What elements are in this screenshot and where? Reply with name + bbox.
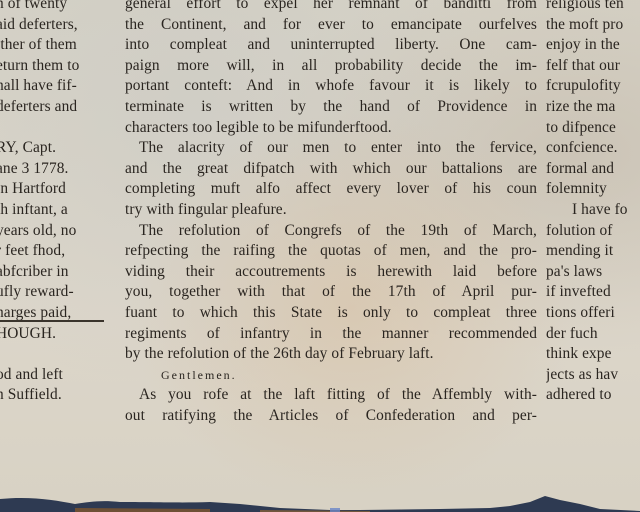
salutation: Gentlemen. bbox=[125, 365, 537, 386]
text-line: refpecting the raifing the quotas of men… bbox=[125, 241, 537, 262]
text-line: general effort to expel her remnant of b… bbox=[125, 0, 537, 15]
text-line: and the great difpatch with which our ba… bbox=[125, 159, 537, 180]
text-line: folemnity bbox=[546, 179, 640, 200]
text-line: to difpence bbox=[546, 118, 640, 139]
text-line: viding their accoutrements is herewith l… bbox=[125, 262, 537, 283]
left-column: n of twenty aid deferters, ither of them… bbox=[0, 0, 100, 406]
text-line: adhered to bbox=[546, 385, 640, 406]
text-line: paign more will, in all probability deci… bbox=[125, 56, 537, 77]
text-line: deferters and bbox=[0, 97, 100, 118]
text-line: characters too legible to be mifunderfto… bbox=[125, 118, 537, 139]
text-line: formal and bbox=[546, 159, 640, 180]
text-line bbox=[0, 118, 100, 139]
paragraph-4: As you rofe at the laft fitting of the A… bbox=[125, 385, 537, 426]
text-line: od and left bbox=[0, 365, 100, 386]
text-line: der fuch bbox=[546, 324, 640, 345]
torn-paper-edge bbox=[0, 490, 640, 512]
paragraph-3: The refolution of Congrefs of the 19th o… bbox=[125, 221, 537, 365]
text-line: out ratifying the Articles of Confederat… bbox=[125, 406, 537, 427]
text-line: ufly reward- bbox=[0, 282, 100, 303]
text-line: years old, no bbox=[0, 221, 100, 242]
text-line: terminate is written by the hand of Prov… bbox=[125, 97, 537, 118]
text-line: regiments of infantry in the manner reco… bbox=[125, 324, 537, 345]
text-line: by the refolution of the 26th day of Feb… bbox=[125, 344, 537, 365]
paragraph-2: The alacrity of our men to enter into th… bbox=[125, 138, 537, 220]
text-line: The refolution of Congrefs of the 19th o… bbox=[125, 221, 537, 242]
text-line: pa's laws bbox=[546, 262, 640, 283]
text-line: n Suffield. bbox=[0, 385, 100, 406]
text-line: enjoy in the bbox=[546, 35, 640, 56]
text-line: ane 3 1778. bbox=[0, 159, 100, 180]
text-line: portant conteft: And in whofe favour it … bbox=[125, 76, 537, 97]
text-line: n of twenty bbox=[0, 0, 100, 15]
newspaper-page: n of twenty aid deferters, ither of them… bbox=[0, 0, 640, 512]
text-line bbox=[0, 344, 100, 365]
main-article: general effort to expel her remnant of b… bbox=[125, 0, 537, 426]
text-line: you, together with that of the 17th of A… bbox=[125, 282, 537, 303]
text-line: completing muft alfo affect every lover … bbox=[125, 179, 537, 200]
text-line: in Hartford bbox=[0, 179, 100, 200]
text-line: the moft pro bbox=[546, 15, 640, 36]
text-line: rize the ma bbox=[546, 97, 640, 118]
text-line: fcrupulofity bbox=[546, 76, 640, 97]
text-line: mending it bbox=[546, 241, 640, 262]
text-line: ither of them bbox=[0, 35, 100, 56]
ad-signature: HOUGH. bbox=[0, 324, 100, 345]
text-line: the Continent, and for ever to emancipat… bbox=[125, 15, 537, 36]
text-line: The alacrity of our men to enter into th… bbox=[125, 138, 537, 159]
text-line: felf that our bbox=[546, 56, 640, 77]
text-line: r feet fhod, bbox=[0, 241, 100, 262]
text-line: confcience. bbox=[546, 138, 640, 159]
text-line: into compleat and uninterrupted liberty.… bbox=[125, 35, 537, 56]
text-line: jects as hav bbox=[546, 365, 640, 386]
text-line: religious ten bbox=[546, 0, 640, 15]
text-line: think expe bbox=[546, 344, 640, 365]
column-divider-rule bbox=[0, 320, 104, 322]
text-line: th inftant, a bbox=[0, 200, 100, 221]
right-column: religious ten the moft pro enjoy in the … bbox=[546, 0, 640, 406]
text-line: I have fo bbox=[546, 200, 640, 221]
text-line: hall have fif- bbox=[0, 76, 100, 97]
text-line: As you rofe at the laft fitting of the A… bbox=[125, 385, 537, 406]
text-line: if invefted bbox=[546, 282, 640, 303]
paragraph-1: general effort to expel her remnant of b… bbox=[125, 0, 537, 138]
text-line: eturn them to bbox=[0, 56, 100, 77]
text-line: RY, Capt. bbox=[0, 138, 100, 159]
text-line: try with fingular pleafure. bbox=[125, 200, 537, 221]
text-line: fuant to which this State is only to com… bbox=[125, 303, 537, 324]
text-line: aid deferters, bbox=[0, 15, 100, 36]
text-line: abfcriber in bbox=[0, 262, 100, 283]
text-line: tions offeri bbox=[546, 303, 640, 324]
text-line: folution of bbox=[546, 221, 640, 242]
